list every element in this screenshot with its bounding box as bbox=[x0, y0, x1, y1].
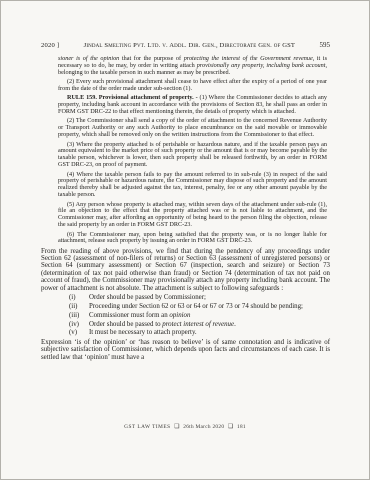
header-case-title: Jindal Smelting Pvt. Ltd. v. Addl. Dir. … bbox=[59, 42, 319, 49]
list-item-number: (iv) bbox=[69, 321, 79, 328]
text-run: It must be necessary to attach property. bbox=[89, 329, 197, 336]
list-item: (iv)Order should be passed to protect in… bbox=[41, 321, 330, 328]
judgment-text: From the reading of above provisions, we… bbox=[41, 248, 330, 361]
footer-journal-name: GST LAW TIMES bbox=[124, 424, 170, 430]
page-header: 2020 ] Jindal Smelting Pvt. Ltd. v. Addl… bbox=[41, 41, 330, 49]
quote-paragraph-4: (2) The Commissioner shall send a copy o… bbox=[58, 118, 327, 139]
text-run: Order should be passed to bbox=[89, 321, 162, 328]
footer-date: 26th March 2020 bbox=[183, 424, 224, 430]
square-bullet-icon: ❏ bbox=[226, 424, 236, 430]
text-run: . bbox=[234, 321, 236, 328]
quote-paragraph-6: (4) Where the taxable person fails to pa… bbox=[58, 172, 327, 200]
text-run: Order should be passed by Commissioner; bbox=[89, 294, 206, 301]
list-item: (v)It must be necessary to attach proper… bbox=[41, 329, 330, 336]
text-run: Proceeding under Section 62 or 63 or 64 … bbox=[89, 303, 303, 310]
italic-run: opinion bbox=[169, 312, 190, 319]
statute-extract-block: sioner is of the opinion that for the pu… bbox=[58, 56, 327, 245]
list-item: (i)Order should be passed by Commissione… bbox=[41, 294, 330, 301]
list-item-number: (ii) bbox=[69, 303, 77, 310]
footer-folio-number: 181 bbox=[237, 424, 246, 430]
quote-paragraph-5: (3) Where the property attached is of pe… bbox=[58, 142, 327, 170]
list-item-number: (iii) bbox=[69, 312, 79, 319]
quote-paragraph-3: RULE 159. Provisional attachment of prop… bbox=[58, 95, 327, 116]
header-page-number: 595 bbox=[320, 41, 331, 49]
quote-paragraph-7: (5) Any person whose property is attache… bbox=[58, 202, 327, 230]
quote-paragraph-2: (2) Every such provisional attachment sh… bbox=[58, 79, 327, 93]
page-footer: GST LAW TIMES ❏ 26th March 2020 ❏ 181 bbox=[1, 424, 369, 430]
list-item: (iii)Commissioner must form an opinion bbox=[41, 312, 330, 319]
text-run: Commissioner must form an bbox=[89, 312, 169, 319]
list-item-number: (i) bbox=[69, 294, 76, 301]
quote-paragraph-8: (6) The Commissioner may, upon being sat… bbox=[58, 232, 327, 246]
document-page: 2020 ] Jindal Smelting Pvt. Ltd. v. Addl… bbox=[0, 0, 370, 480]
quote-paragraph-1: sioner is of the opinion that for the pu… bbox=[58, 56, 327, 77]
safeguards-list: (i)Order should be passed by Commissione… bbox=[41, 294, 330, 336]
list-item-number: (v) bbox=[69, 329, 77, 336]
header-year: 2020 ] bbox=[41, 42, 59, 49]
judgment-paragraph-1: From the reading of above provisions, we… bbox=[41, 248, 330, 292]
square-bullet-icon: ❏ bbox=[172, 424, 182, 430]
italic-run: protect interest of revenue bbox=[162, 321, 234, 328]
judgment-paragraph-2: Expression ‘is of the opinion’ or ‘has r… bbox=[41, 339, 330, 361]
list-item: (ii)Proceeding under Section 62 or 63 or… bbox=[41, 303, 330, 310]
